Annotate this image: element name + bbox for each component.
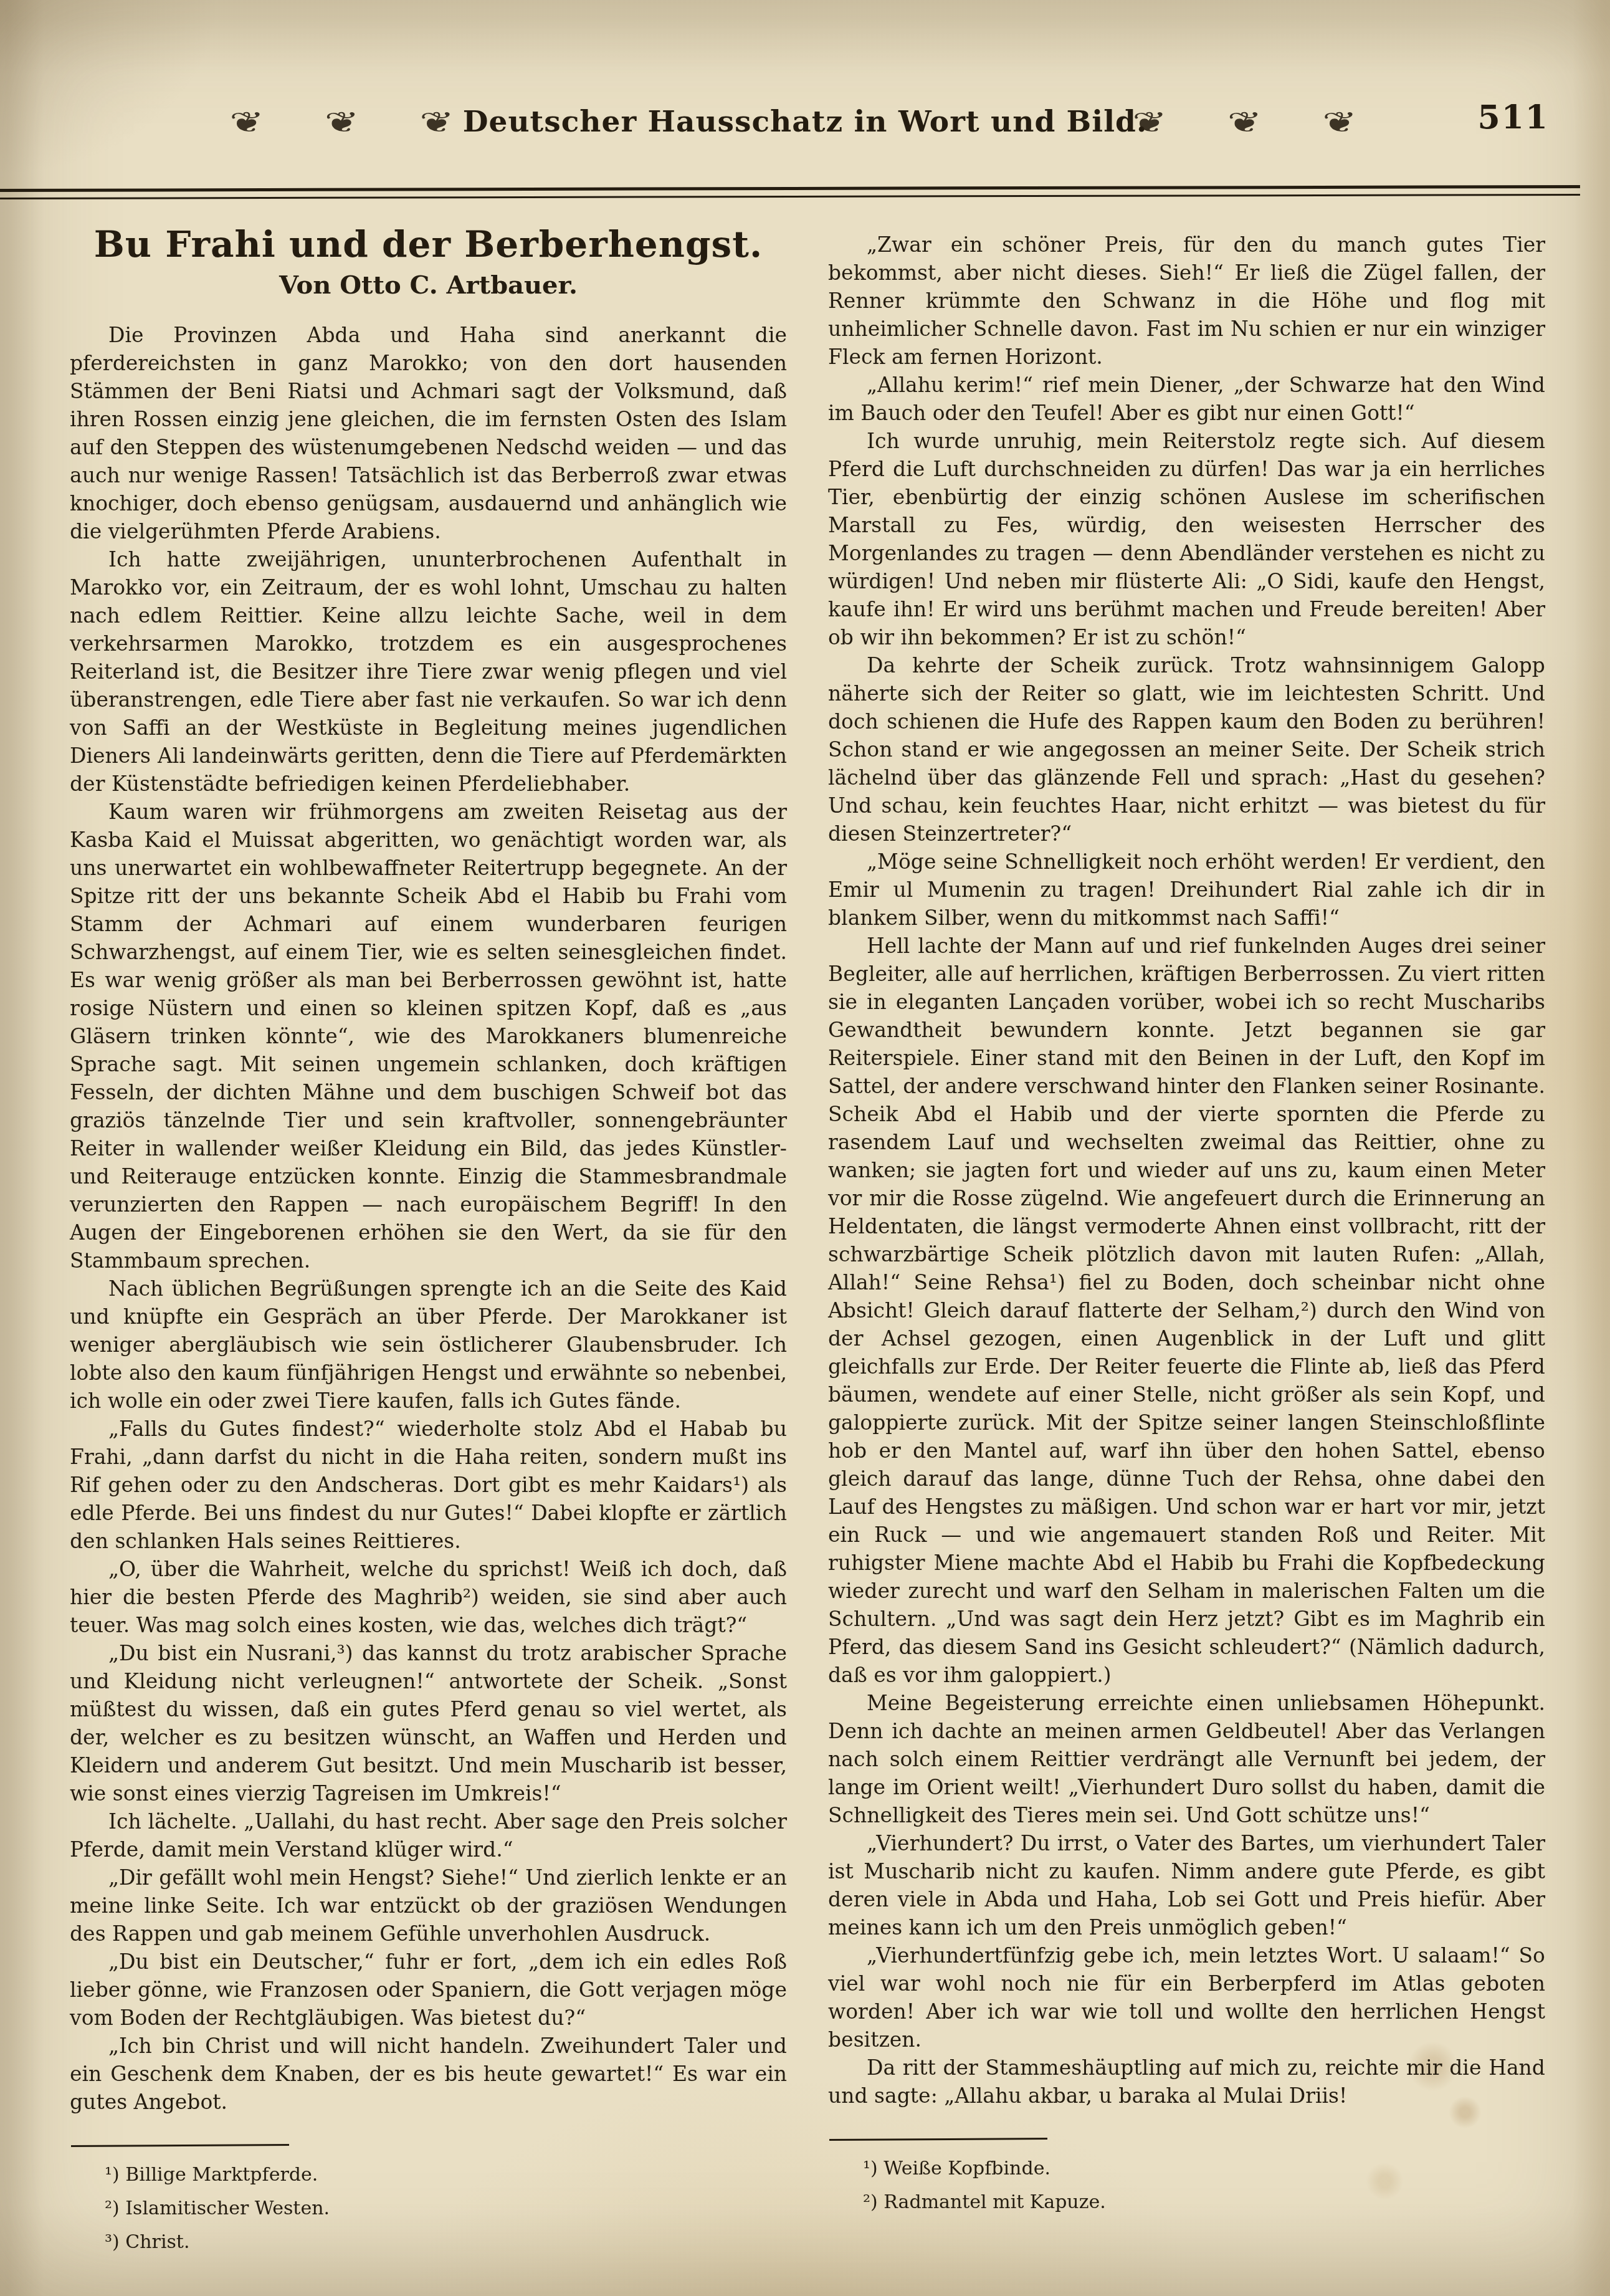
paragraph: „Vierhundertfünfzig gebe ich, mein letzt…: [828, 1941, 1545, 2054]
page-header: ❦ ❦ ❦ Deutscher Hausschatz in Wort und B…: [0, 105, 1610, 139]
magazine-page: ❦ ❦ ❦ Deutscher Hausschatz in Wort und B…: [0, 0, 1610, 2296]
paragraph: „O, über die Wahrheit, welche du sprichs…: [70, 1555, 787, 1639]
paragraph: Meine Begeisterung erreichte einen unlie…: [828, 1689, 1545, 1829]
masthead-title: Deutscher Hausschatz in Wort und Bild.: [463, 105, 1148, 139]
left-footnotes: ¹) Billige Marktpferde. ²) Islamitischer…: [70, 2145, 787, 2255]
paragraph: Kaum waren wir frühmorgens am zweiten Re…: [70, 798, 787, 1275]
paragraph: „Ich bin Christ und will nicht handeln. …: [70, 2032, 787, 2116]
paragraph: „Du bist ein Deutscher,“ fuhr er fort, „…: [70, 1948, 787, 2032]
paragraph: „Zwar ein schöner Preis, für den du manc…: [828, 231, 1545, 371]
paragraph: Die Provinzen Abda und Haha sind anerkan…: [70, 321, 787, 545]
ornament-flourish-right-icon: ❦ ❦ ❦: [1132, 105, 1381, 139]
paragraph: Nach üblichen Begrüßungen sprengte ich a…: [70, 1275, 787, 1415]
paragraph: Ich wurde unruhig, mein Reiterstolz regt…: [828, 427, 1545, 651]
footnote: ¹) Billige Marktpferde.: [105, 2163, 787, 2188]
paragraph: „Du bist ein Nusrani,³) das kannst du tr…: [70, 1639, 787, 1807]
paragraph: „Vierhundert? Du irrst, o Vater des Bart…: [828, 1829, 1545, 1941]
paragraph: „Allahu kerim!“ rief mein Diener, „der S…: [828, 371, 1545, 427]
right-column: „Zwar ein schöner Preis, für den du manc…: [828, 219, 1545, 2209]
paragraph: „Falls du Gutes findest?“ wiederholte st…: [70, 1415, 787, 1555]
paragraph: Hell lachte der Mann auf und rief funkel…: [828, 932, 1545, 1689]
paragraph: „Möge seine Schnelligkeit noch erhöht we…: [828, 848, 1545, 932]
article-title: Bu Frahi und der Berberhengst.: [70, 223, 787, 265]
paragraph: Da kehrte der Scheik zurück. Trotz wahns…: [828, 651, 1545, 848]
header-double-rule: [0, 185, 1580, 199]
article-body: Bu Frahi und der Berberhengst. Von Otto …: [70, 219, 1545, 2209]
footnote: ²) Islamitischer Westen.: [105, 2196, 787, 2221]
footnote-separator: [829, 2138, 1047, 2141]
paragraph: „Dir gefällt wohl mein Hengst? Siehe!“ U…: [70, 1863, 787, 1948]
paragraph: Da ritt der Stammeshäuptling auf mich zu…: [828, 2054, 1545, 2110]
footnote-separator: [71, 2144, 289, 2147]
footnote: ¹) Weiße Kopfbinde.: [863, 2156, 1545, 2181]
page-number: 511: [1477, 98, 1549, 136]
paragraph: Ich hatte zweijährigen, ununterbrochenen…: [70, 545, 787, 798]
footnote: ³) Christ.: [105, 2230, 787, 2255]
paragraph: Ich lächelte. „Uallahi, du hast recht. A…: [70, 1807, 787, 1863]
footnote: ²) Radmantel mit Kapuze.: [863, 2190, 1545, 2215]
ornament-flourish-left-icon: ❦ ❦ ❦: [229, 105, 478, 139]
left-column: Bu Frahi und der Berberhengst. Von Otto …: [70, 219, 787, 2209]
article-byline: Von Otto C. Artbauer.: [70, 270, 787, 300]
right-footnotes: ¹) Weiße Kopfbinde. ²) Radmantel mit Kap…: [828, 2138, 1545, 2215]
